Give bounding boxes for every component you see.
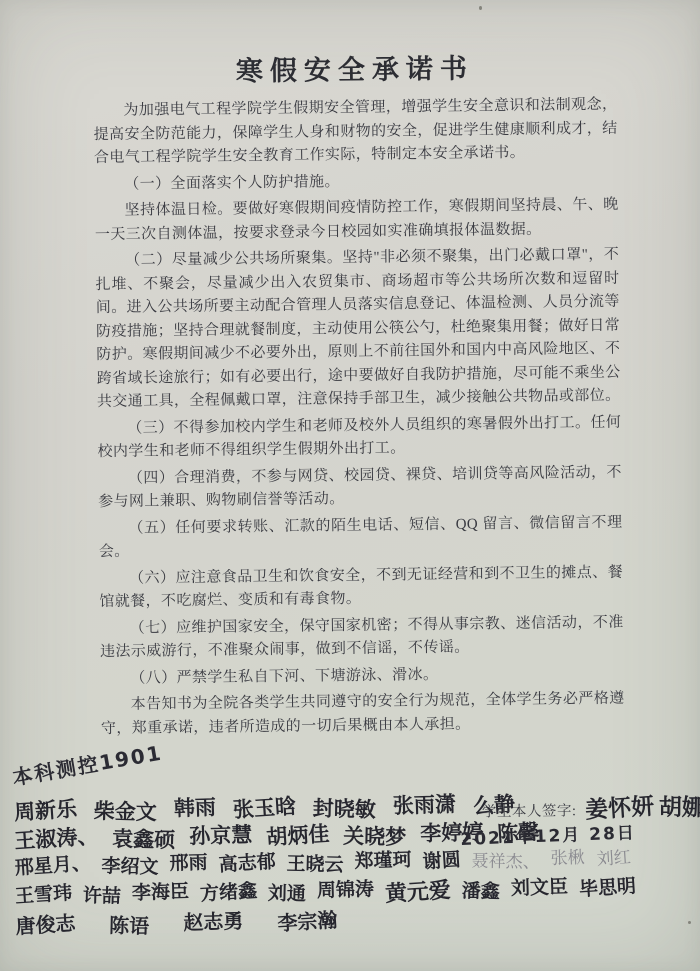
signature-handwriting: 邢星月、 — [14, 848, 92, 880]
document-paragraph: 坚持体温日检。要做好寒假期间疫情防控工作，寒假期间坚持晨、午、晚一天三次自测体温… — [94, 194, 619, 247]
signature-handwriting: 毕思明 — [578, 871, 637, 902]
signature-handwriting: 邢雨 — [169, 847, 208, 875]
signature-handwriting: 聂祥杰、 — [471, 846, 540, 873]
signature-handwriting: 李宗瀚 — [276, 904, 338, 937]
signature-handwriting: 潘鑫 — [461, 876, 500, 904]
document-title: 寒假安全承诺书 — [93, 45, 617, 90]
signature-handwriting: 王雪玮 — [14, 878, 73, 909]
signature-handwriting: 陈语 — [109, 909, 150, 939]
signed-names: 姜怀妍 胡娜 — [584, 788, 700, 822]
signature-row: 唐俊志陈语赵志勇李宗瀚 — [15, 903, 435, 937]
signature-handwriting: 张雨潇 — [392, 788, 456, 820]
document-paragraph: 为加强电气工程学院学生假期安全管理，增强学生安全意识和法制观念，提高安全防范能力… — [93, 94, 618, 171]
signature-handwriting: 孙京慧 — [189, 819, 253, 851]
signature-handwriting: 许喆 — [83, 881, 122, 909]
signature-handwriting: 李海臣 — [132, 877, 190, 906]
signature-label-row: 学生本人签字: 姜怀妍 胡娜 — [482, 788, 700, 824]
student-signature-label: 学生本人签字: — [482, 799, 577, 821]
document-paragraph: （五）任何要求转账、汇款的陌生电话、短信、QQ 留言、微信留言不理会。 — [98, 511, 623, 564]
signature-handwriting: 郑瑾珂 — [354, 845, 412, 874]
signature-handwriting: 王晓云 — [286, 849, 344, 877]
document-paragraph: （七）应维护国家安全，保守国家机密；不得从事宗教、迷信活动，不准违法示威游行，不… — [100, 611, 625, 664]
document-paragraph: （六）应注意食品卫生和饮食安全，不到无证经营和到不卫生的摊点、餐馆就餐，不吃腐烂… — [99, 561, 624, 614]
document-page: 寒假安全承诺书 为加强电气工程学院学生假期安全管理，增强学生安全意识和法制观念，… — [0, 0, 700, 971]
signature-handwriting: 方绪鑫 — [199, 876, 258, 907]
photographed-paper: 寒假安全承诺书 为加强电气工程学院学生假期安全管理，增强学生安全意识和法制观念，… — [0, 0, 700, 971]
signature-handwriting: 刘红 — [596, 843, 632, 870]
document-paragraph: （一）全面落实个人防护措施。 — [94, 167, 618, 197]
signature-handwriting: 李绍文 — [101, 851, 159, 879]
document-body: 为加强电气工程学院学生假期安全管理，增强学生安全意识和法制观念，提高安全防范能力… — [93, 94, 625, 772]
class-note-handwriting: 本科测控1901 — [10, 737, 164, 791]
signature-handwriting: 胡娜 — [658, 789, 700, 822]
signature-area: 本科测控1901 周新乐柴金文韩雨张玉晗封晓敏张雨潇么静王淑涛、袁鑫硕孙京慧胡炳… — [10, 772, 700, 970]
signature-handwriting: 高志郁 — [218, 846, 277, 877]
signature-handwriting: 张楸 — [551, 843, 586, 869]
document-paragraph: （八）严禁学生私自下河、下塘游泳、滑冰。 — [100, 661, 624, 691]
signature-handwriting: 赵志勇 — [183, 905, 244, 936]
document-paragraph: 本告知书为全院各类学生共同遵守的安全行为规范，全体学生务必严格遵守，郑重承诺，违… — [101, 688, 626, 741]
signature-handwriting: 韩雨 — [173, 791, 216, 822]
signature-handwriting: 周锦涛 — [317, 874, 375, 903]
document-paragraph: （二）尽量减少公共场所聚集。坚持"非必须不聚集，出门必戴口罩"，不扎堆、不聚会，… — [95, 244, 621, 415]
signature-handwriting: 唐俊志 — [15, 907, 77, 940]
document-paragraph: （四）合理消费，不参与网贷、校园贷、裸贷、培训贷等高风险活动，不参与网上兼职、购… — [98, 461, 623, 514]
signature-handwriting: 刘通 — [268, 878, 307, 906]
signature-handwriting: 刘文臣 — [510, 872, 568, 901]
document-paragraph: （三）不得参加校内学生和老师及校外人员组织的寒暑假外出打工。任何校内学生和老师不… — [97, 411, 622, 464]
signature-handwriting: 谢圆 — [422, 845, 462, 874]
